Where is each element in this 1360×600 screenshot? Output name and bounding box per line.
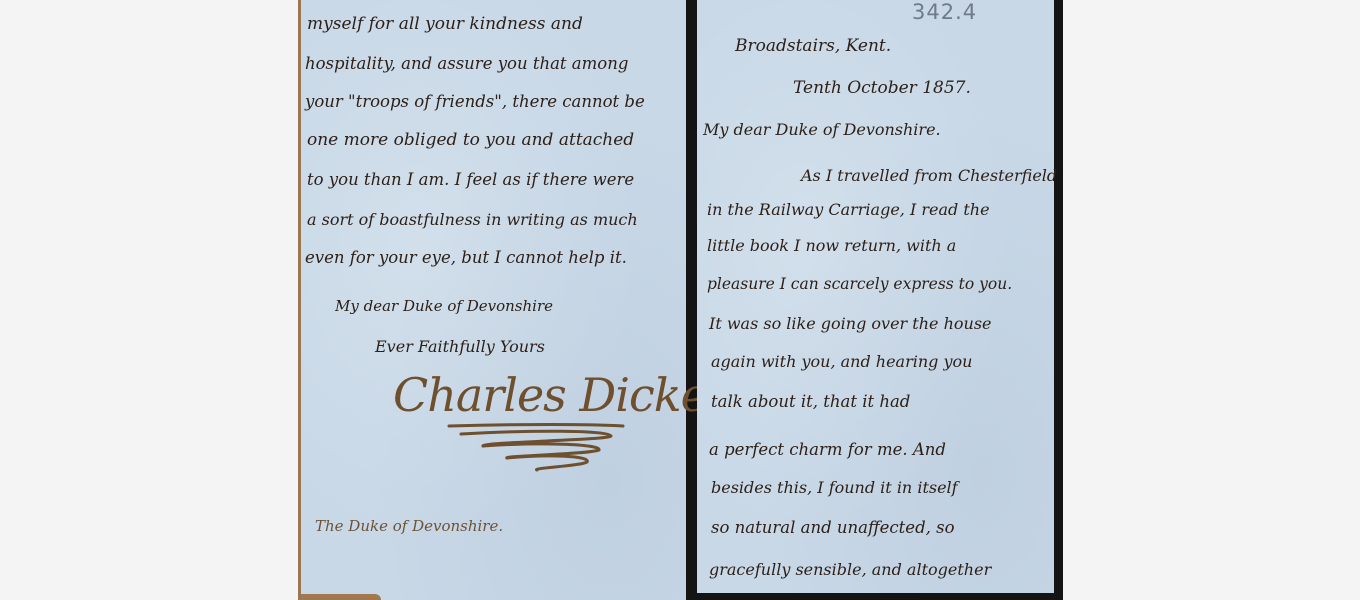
letter-line: besides this, I found it in itself — [711, 478, 958, 497]
addressee: The Duke of Devonshire. — [315, 517, 503, 535]
letter-page-right: 342.4 Broadstairs, Kent. Tenth October 1… — [697, 0, 1054, 593]
letter-address: Broadstairs, Kent. — [735, 36, 891, 56]
paper-edge — [301, 594, 381, 600]
letter-line: your "troops of friends", there cannot b… — [305, 92, 645, 111]
letter-line: a sort of boastfulness in writing as muc… — [307, 210, 638, 229]
letter-line: so natural and unaffected, so — [711, 518, 955, 537]
letter-line: As I travelled from Chesterfield — [801, 166, 1057, 185]
letter-line: hospitality, and assure you that among — [305, 54, 628, 73]
letter-line: again with you, and hearing you — [711, 352, 972, 371]
letter-page-left: myself for all your kindness and hospita… — [298, 0, 686, 600]
letter-line: pleasure I can scarcely express to you. — [707, 275, 1012, 293]
letter-line: in the Railway Carriage, I read the — [707, 200, 990, 219]
letter-line: a perfect charm for me. And — [709, 440, 946, 459]
letter-line: gracefully sensible, and altogether — [709, 560, 991, 579]
letter-greeting: My dear Duke of Devonshire. — [703, 120, 941, 139]
letter-line: one more obliged to you and attached — [307, 130, 634, 150]
signature-flourish-icon — [441, 420, 641, 480]
letter-line: to you than I am. I feel as if there wer… — [307, 170, 634, 189]
letter-line: It was so like going over the house — [709, 314, 992, 333]
letter-line: even for your eye, but I cannot help it. — [305, 248, 627, 267]
closing-valediction: Ever Faithfully Yours — [375, 337, 545, 356]
closing-salutation: My dear Duke of Devonshire — [335, 297, 553, 315]
catalog-number: 342.4 — [912, 0, 977, 24]
letter-scan: myself for all your kindness and hospita… — [298, 0, 1063, 600]
letter-date: Tenth October 1857. — [793, 78, 971, 98]
letter-line: little book I now return, with a — [707, 236, 956, 255]
letter-line: talk about it, that it had — [711, 392, 910, 411]
letter-line: myself for all your kindness and — [307, 14, 583, 34]
